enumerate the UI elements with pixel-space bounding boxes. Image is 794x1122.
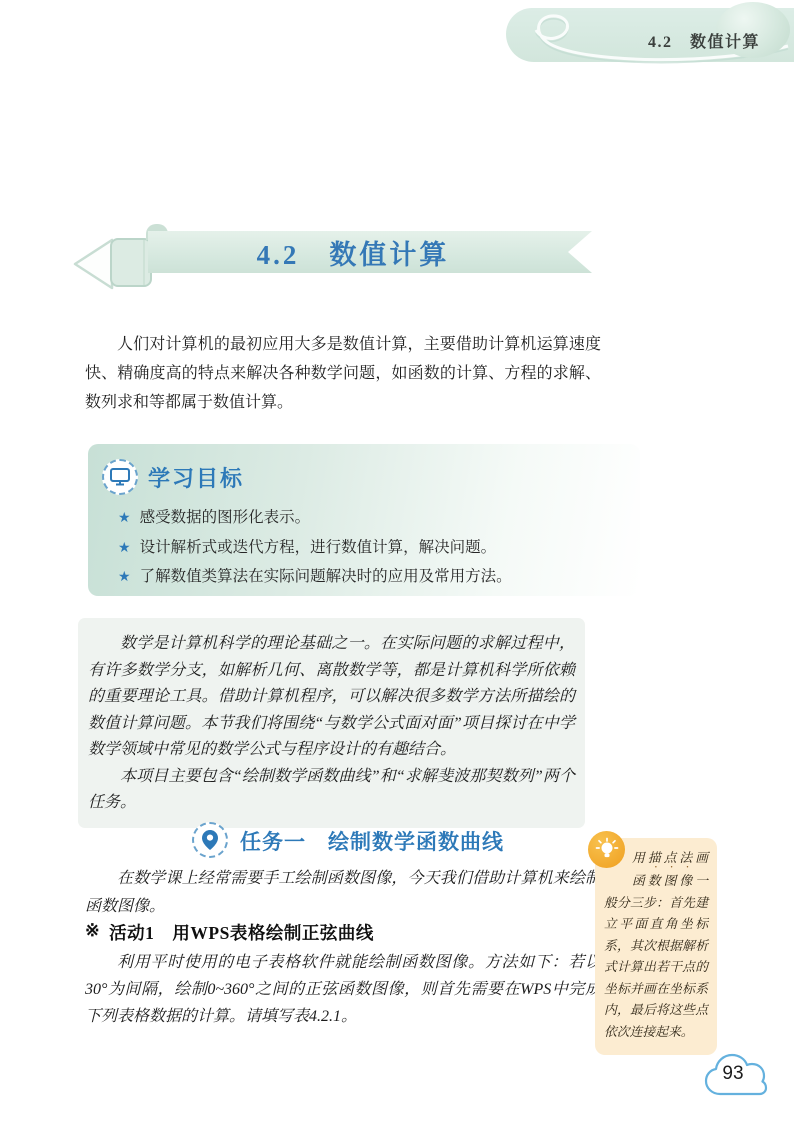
banner-title: 4.2 数值计算 xyxy=(257,233,450,272)
margin-note-text: 用描点法画函数图像一般分三步：首先建立平面直角坐标系，其次根据解析式计算出若干点… xyxy=(604,851,708,1039)
overview-paragraph-2: 本项目主要包含“绘制数学函数曲线”和“求解斐波那契数列”两个任务。 xyxy=(88,764,575,817)
page-number: 93 xyxy=(700,1063,766,1085)
activity1-heading: ※ 活动1 用WPS表格绘制正弦曲线 xyxy=(85,920,374,945)
objective-text: 设计解析式或迭代方程，进行数值计算，解决问题。 xyxy=(140,539,497,556)
objective-item: ★了解数值类算法在实际问题解决时的应用及常用方法。 xyxy=(118,563,512,593)
location-pin-icon xyxy=(192,822,228,858)
note-emphasis-term: 描点法 xyxy=(648,851,695,865)
activity1-title: 活动1 用WPS表格绘制正弦曲线 xyxy=(109,920,374,945)
monitor-icon xyxy=(102,459,138,495)
intro-paragraph: 人们对计算机的最初应用大多是数值计算，主要借助计算机运算速度快、精确度高的特点来… xyxy=(85,330,601,417)
objectives-header: 学习目标 xyxy=(102,459,244,495)
task1-intro: 在数学课上经常需要手工绘制函数图像，今天我们借助计算机来绘制函数图像。 xyxy=(85,865,601,921)
margin-note: 用描点法画函数图像一般分三步：首先建立平面直角坐标系，其次根据解析式计算出若干点… xyxy=(595,838,717,1055)
objectives-title: 学习目标 xyxy=(148,462,244,493)
activity1-body: 利用平时使用的电子表格软件就能绘制函数图像。方法如下：若以30°为间隔，绘制0~… xyxy=(85,949,601,1030)
overview-panel: 数学是计算机科学的理论基础之一。在实际问题的求解过程中，有许多数学分支，如解析几… xyxy=(78,618,585,828)
note-rest: 画函数图像一般分三步：首先建立平面直角坐标系，其次根据解析式计算出若干点的坐标并… xyxy=(604,851,708,1039)
overview-paragraph-1: 数学是计算机科学的理论基础之一。在实际问题的求解过程中，有许多数学分支，如解析几… xyxy=(88,631,575,764)
objective-item: ★感受数据的图形化表示。 xyxy=(118,504,512,534)
task1-title: 任务一 绘制数学函数曲线 xyxy=(240,826,504,856)
star-icon: ★ xyxy=(118,570,131,585)
header-section-label: 4.2 数值计算 xyxy=(600,29,760,52)
objectives-list: ★感受数据的图形化表示。 ★设计解析式或迭代方程，进行数值计算，解决问题。 ★了… xyxy=(118,504,512,593)
section-banner: 4.2 数值计算 xyxy=(148,231,592,273)
textbook-page: 4.2 数值计算 4.2 数值计算 人们对计算机的最初应用大多是数值计算，主要借… xyxy=(0,0,794,1122)
star-icon: ★ xyxy=(118,511,131,526)
lightbulb-icon xyxy=(588,831,625,868)
activity-marker: ※ xyxy=(85,920,100,945)
objective-text: 了解数值类算法在实际问题解决时的应用及常用方法。 xyxy=(140,568,512,585)
objective-item: ★设计解析式或迭代方程，进行数值计算，解决问题。 xyxy=(118,534,512,564)
objectives-panel: 学习目标 ★感受数据的图形化表示。 ★设计解析式或迭代方程，进行数值计算，解决问… xyxy=(88,444,640,596)
objective-text: 感受数据的图形化表示。 xyxy=(140,509,311,526)
note-lead: 用 xyxy=(632,851,648,865)
page-number-cloud: 93 xyxy=(700,1048,772,1104)
star-icon: ★ xyxy=(118,541,131,556)
